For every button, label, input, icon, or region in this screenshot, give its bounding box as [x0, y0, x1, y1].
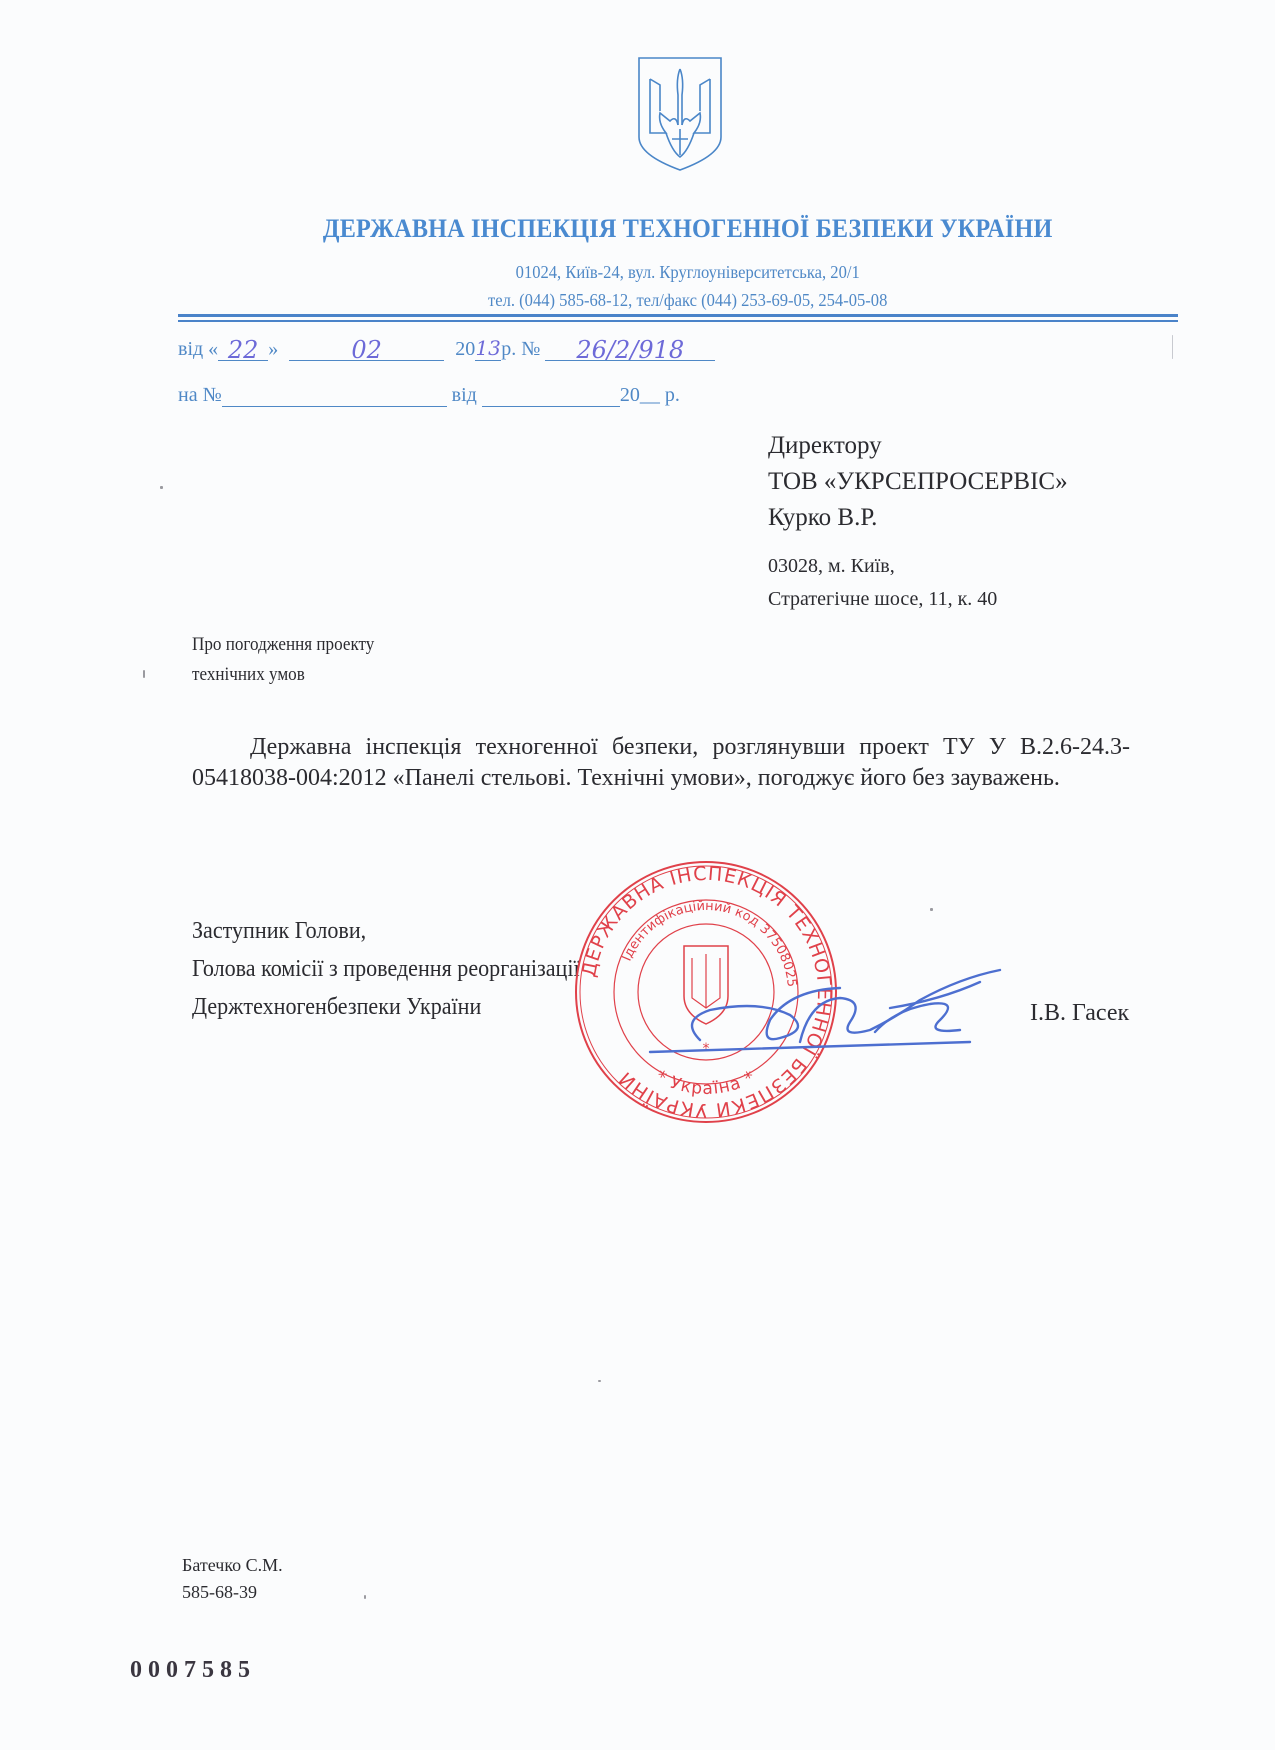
addressee-company: ТОВ «УКРСЕПРОСЕРВІС» [768, 464, 1068, 500]
scan-speck [364, 1595, 366, 1599]
addressee-name: Курко В.Р. [768, 500, 1068, 536]
year-handwritten: 13 [475, 336, 501, 361]
body-paragraph: Державна інспекція техногенної безпеки, … [192, 732, 1130, 794]
reply-year: 20__ р. [620, 384, 680, 406]
incoming-reference: на № від 20__ р. [178, 382, 680, 407]
number-handwritten: 26/2/918 [545, 336, 715, 361]
header-rule-top [178, 314, 1178, 317]
addressee-position: Директору [768, 428, 1068, 464]
scan-speck [930, 908, 933, 911]
subject-line-2: технічних умов [192, 660, 374, 690]
scan-speck [598, 1380, 601, 1382]
reply-prefix: на № [178, 384, 222, 406]
scan-speck [160, 486, 163, 489]
day-suffix: » [268, 338, 278, 360]
letter-body: Державна інспекція техногенної безпеки, … [192, 732, 1130, 794]
reply-date-blank [482, 382, 620, 407]
date-prefix: від « [178, 338, 218, 360]
header-rule-bottom [178, 320, 1178, 322]
addressee-address: 03028, м. Київ, Стратегічне шосе, 11, к.… [768, 550, 997, 616]
scan-speck [143, 670, 145, 678]
handwritten-signature-icon [640, 960, 1020, 1070]
organization-address: 01024, Київ-24, вул. Круглоуніверситетсь… [55, 262, 1228, 283]
trident-emblem-icon [636, 55, 724, 173]
addressee-block: Директору ТОВ «УКРСЕПРОСЕРВІС» Курко В.Р… [768, 428, 1068, 536]
signatory-line-1: Заступник Голови, [192, 912, 580, 950]
outgoing-reference: від «22» 02 2013р. № 26/2/918 [178, 336, 715, 361]
signatory-line-3: Держтехногенбезпеки України [192, 988, 580, 1026]
executor-block: Батечко С.М. 585-68-39 [182, 1552, 283, 1606]
day-handwritten: 22 [218, 336, 268, 361]
letter-subject: Про погодження проекту технічних умов [192, 630, 374, 690]
signatory-line-2: Голова комісії з проведення реорганізаці… [192, 950, 580, 988]
signatory-name: І.В. Гасек [1030, 1000, 1129, 1027]
number-prefix: р. № [501, 338, 540, 360]
subject-line-1: Про погодження проекту [192, 630, 374, 660]
executor-phone: 585-68-39 [182, 1579, 283, 1606]
signatory-title: Заступник Голови, Голова комісії з прове… [192, 912, 580, 1026]
organization-title: ДЕРЖАВНА ІНСПЕКЦІЯ ТЕХНОГЕННОЇ БЕЗПЕКИ У… [48, 214, 1234, 244]
year-prefix: 20 [455, 338, 475, 360]
addressee-postal: 03028, м. Київ, [768, 550, 997, 583]
organization-phones: тел. (044) 585-68-12, тел/факс (044) 253… [55, 290, 1228, 311]
serial-number: 0007585 [130, 1657, 256, 1684]
month-handwritten: 02 [289, 336, 444, 361]
reply-from: від [452, 384, 477, 406]
reply-number-blank [222, 382, 447, 407]
executor-name: Батечко С.М. [182, 1552, 283, 1579]
scan-speck [1172, 335, 1173, 359]
addressee-street: Стратегічне шосе, 11, к. 40 [768, 583, 997, 616]
